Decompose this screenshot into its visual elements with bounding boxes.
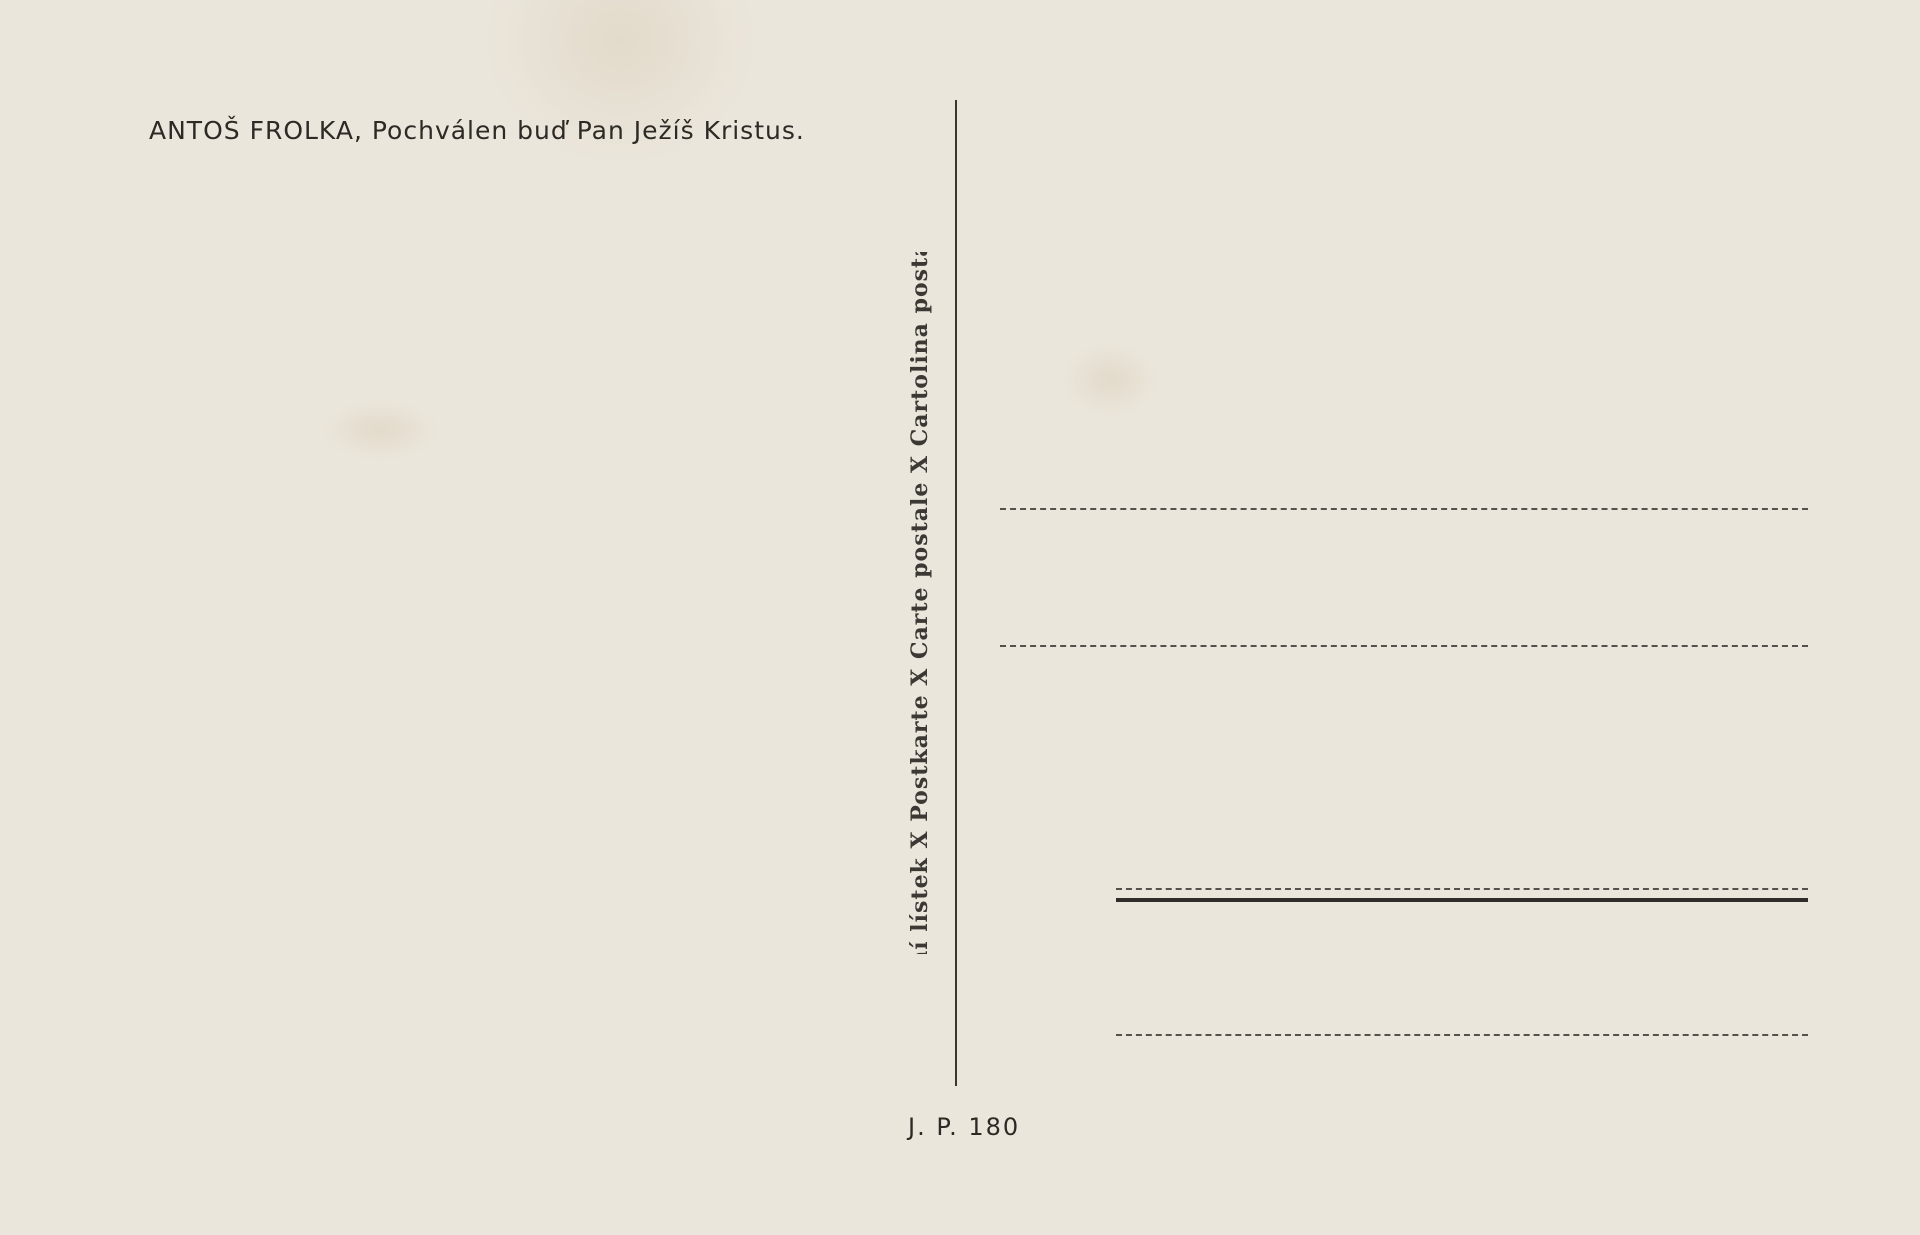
publisher-code: J. P. 180 [908, 1113, 1020, 1141]
center-divider-line [955, 100, 957, 1086]
ornament-text: X Korespondenční lístek X Postkarte X Ca… [907, 252, 933, 954]
postcard-ornament-band: X Korespondenční lístek X Postkarte X Ca… [905, 252, 935, 954]
address-line-4 [1116, 1034, 1808, 1036]
image-caption: ANTOŠ FROLKA, Pochválen buď Pan Ježíš Kr… [149, 116, 805, 145]
address-line-3 [1116, 888, 1808, 890]
address-line-2 [1000, 645, 1808, 647]
address-underline [1116, 898, 1808, 902]
postcard-back: ANTOŠ FROLKA, Pochválen buď Pan Ježíš Kr… [0, 0, 1920, 1235]
address-line-1 [1000, 508, 1808, 510]
